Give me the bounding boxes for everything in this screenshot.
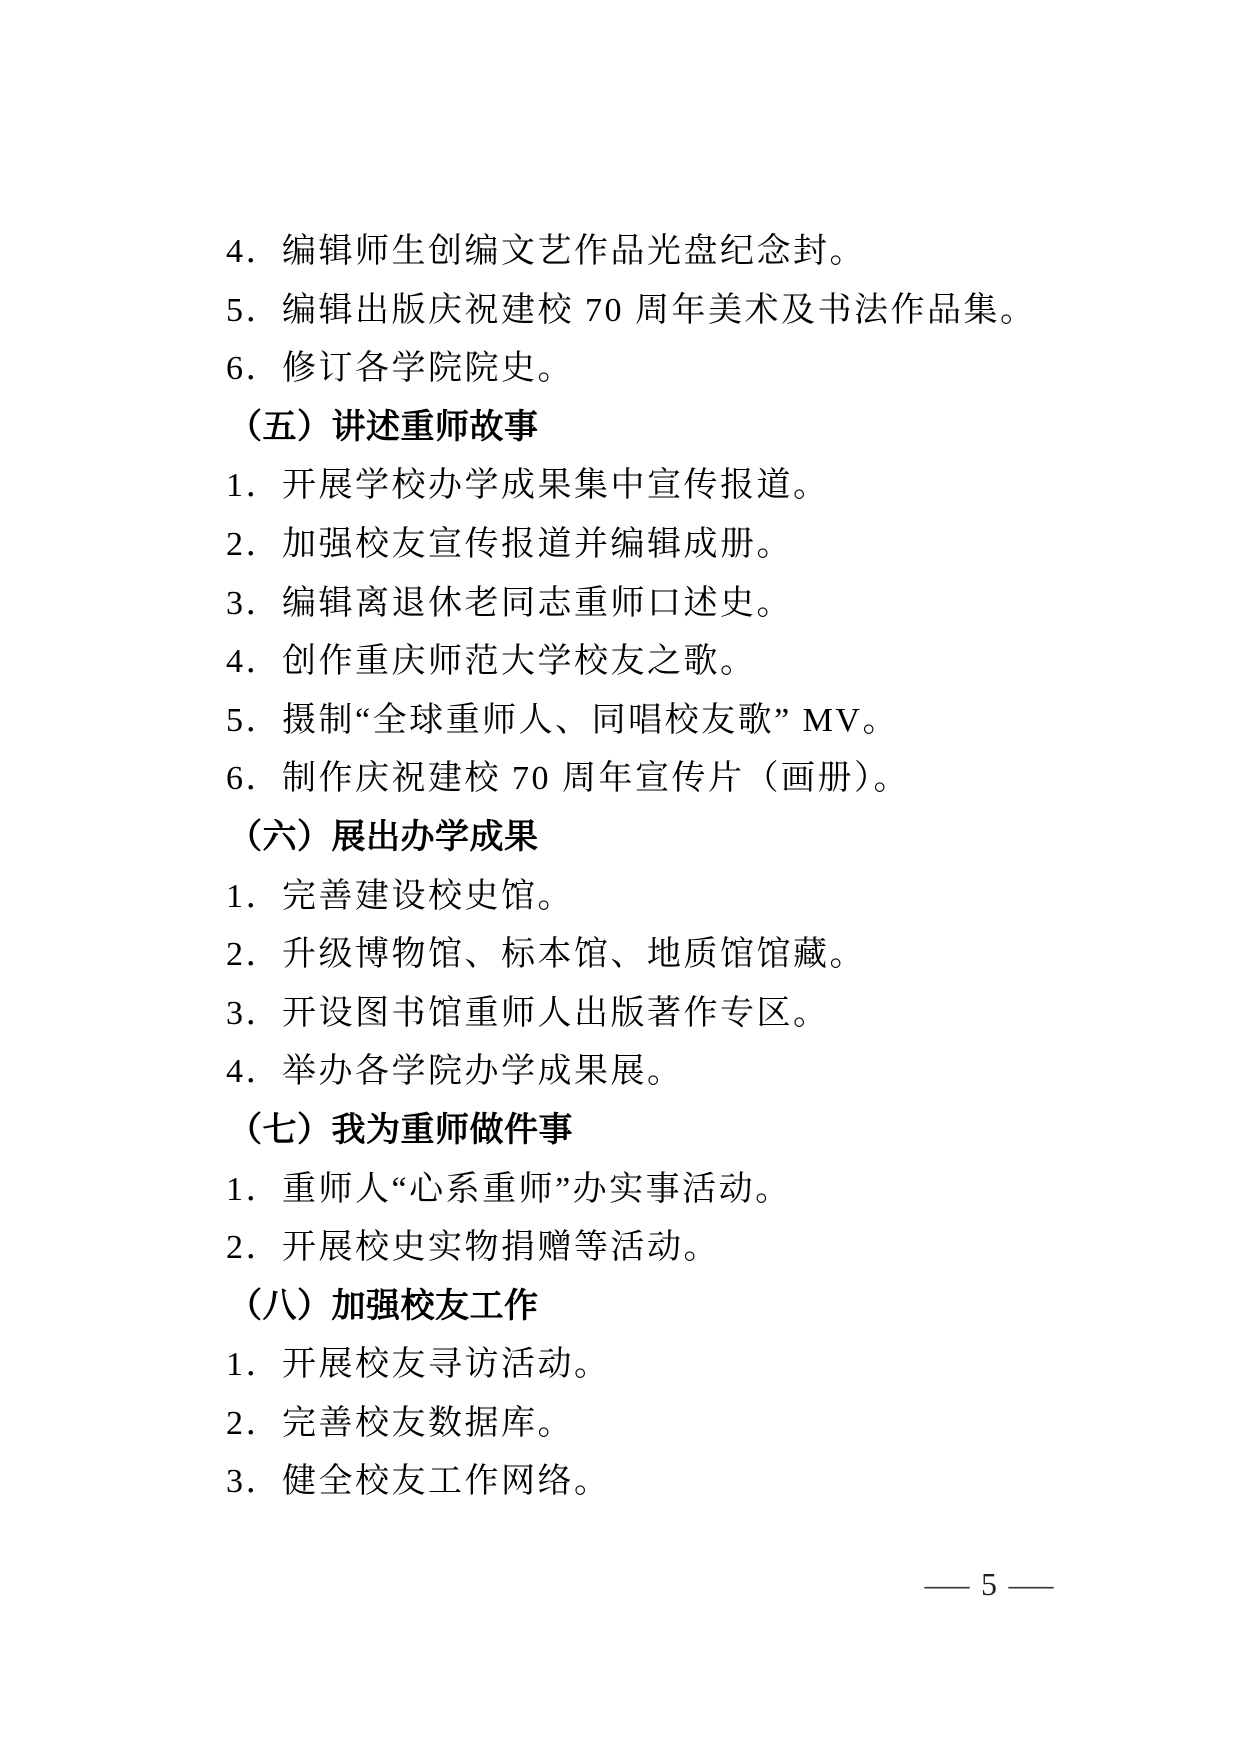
list-item: 1．重师人“心系重师”办实事活动。 [0,1161,1241,1220]
document-page: 4．编辑师生创编文艺作品光盘纪念封。 5．编辑出版庆祝建校 70 周年美术及书法… [0,0,1241,1755]
list-item: 5．编辑出版庆祝建校 70 周年美术及书法作品集。 [0,282,1241,341]
page-number-footer: —5— [0,1564,1241,1604]
section-heading: （五）讲述重师故事 [0,399,1241,458]
list-item: 6．制作庆祝建校 70 周年宣传片（画册）。 [0,750,1241,809]
section-heading: （八）加强校友工作 [0,1278,1241,1337]
section-heading: （六）展出办学成果 [0,809,1241,868]
list-item: 2．开展校史实物捐赠等活动。 [0,1219,1241,1278]
list-item: 2．加强校友宣传报道并编辑成册。 [0,516,1241,575]
page-number: 5 [981,1564,997,1604]
list-item: 1．开展校友寻访活动。 [0,1336,1241,1395]
list-item: 1．开展学校办学成果集中宣传报道。 [0,457,1241,516]
list-item: 3．开设图书馆重师人出版著作专区。 [0,985,1241,1044]
list-item: 3．健全校友工作网络。 [0,1453,1241,1512]
section-heading: （七）我为重师做件事 [0,1102,1241,1161]
list-item: 4．举办各学院办学成果展。 [0,1043,1241,1102]
list-item: 3．编辑离退休老同志重师口述史。 [0,575,1241,634]
footer-dash-left: — [925,1564,970,1604]
list-item: 4．编辑师生创编文艺作品光盘纪念封。 [0,223,1241,282]
list-item: 6．修订各学院院史。 [0,340,1241,399]
list-item: 5．摄制“全球重师人、同唱校友歌” MV。 [0,692,1241,751]
list-item: 1．完善建设校史馆。 [0,868,1241,927]
document-body: 4．编辑师生创编文艺作品光盘纪念封。 5．编辑出版庆祝建校 70 周年美术及书法… [0,223,1241,1512]
list-item: 4．创作重庆师范大学校友之歌。 [0,633,1241,692]
list-item: 2．升级博物馆、标本馆、地质馆馆藏。 [0,926,1241,985]
list-item: 2．完善校友数据库。 [0,1395,1241,1454]
footer-dash-right: — [1009,1564,1054,1604]
